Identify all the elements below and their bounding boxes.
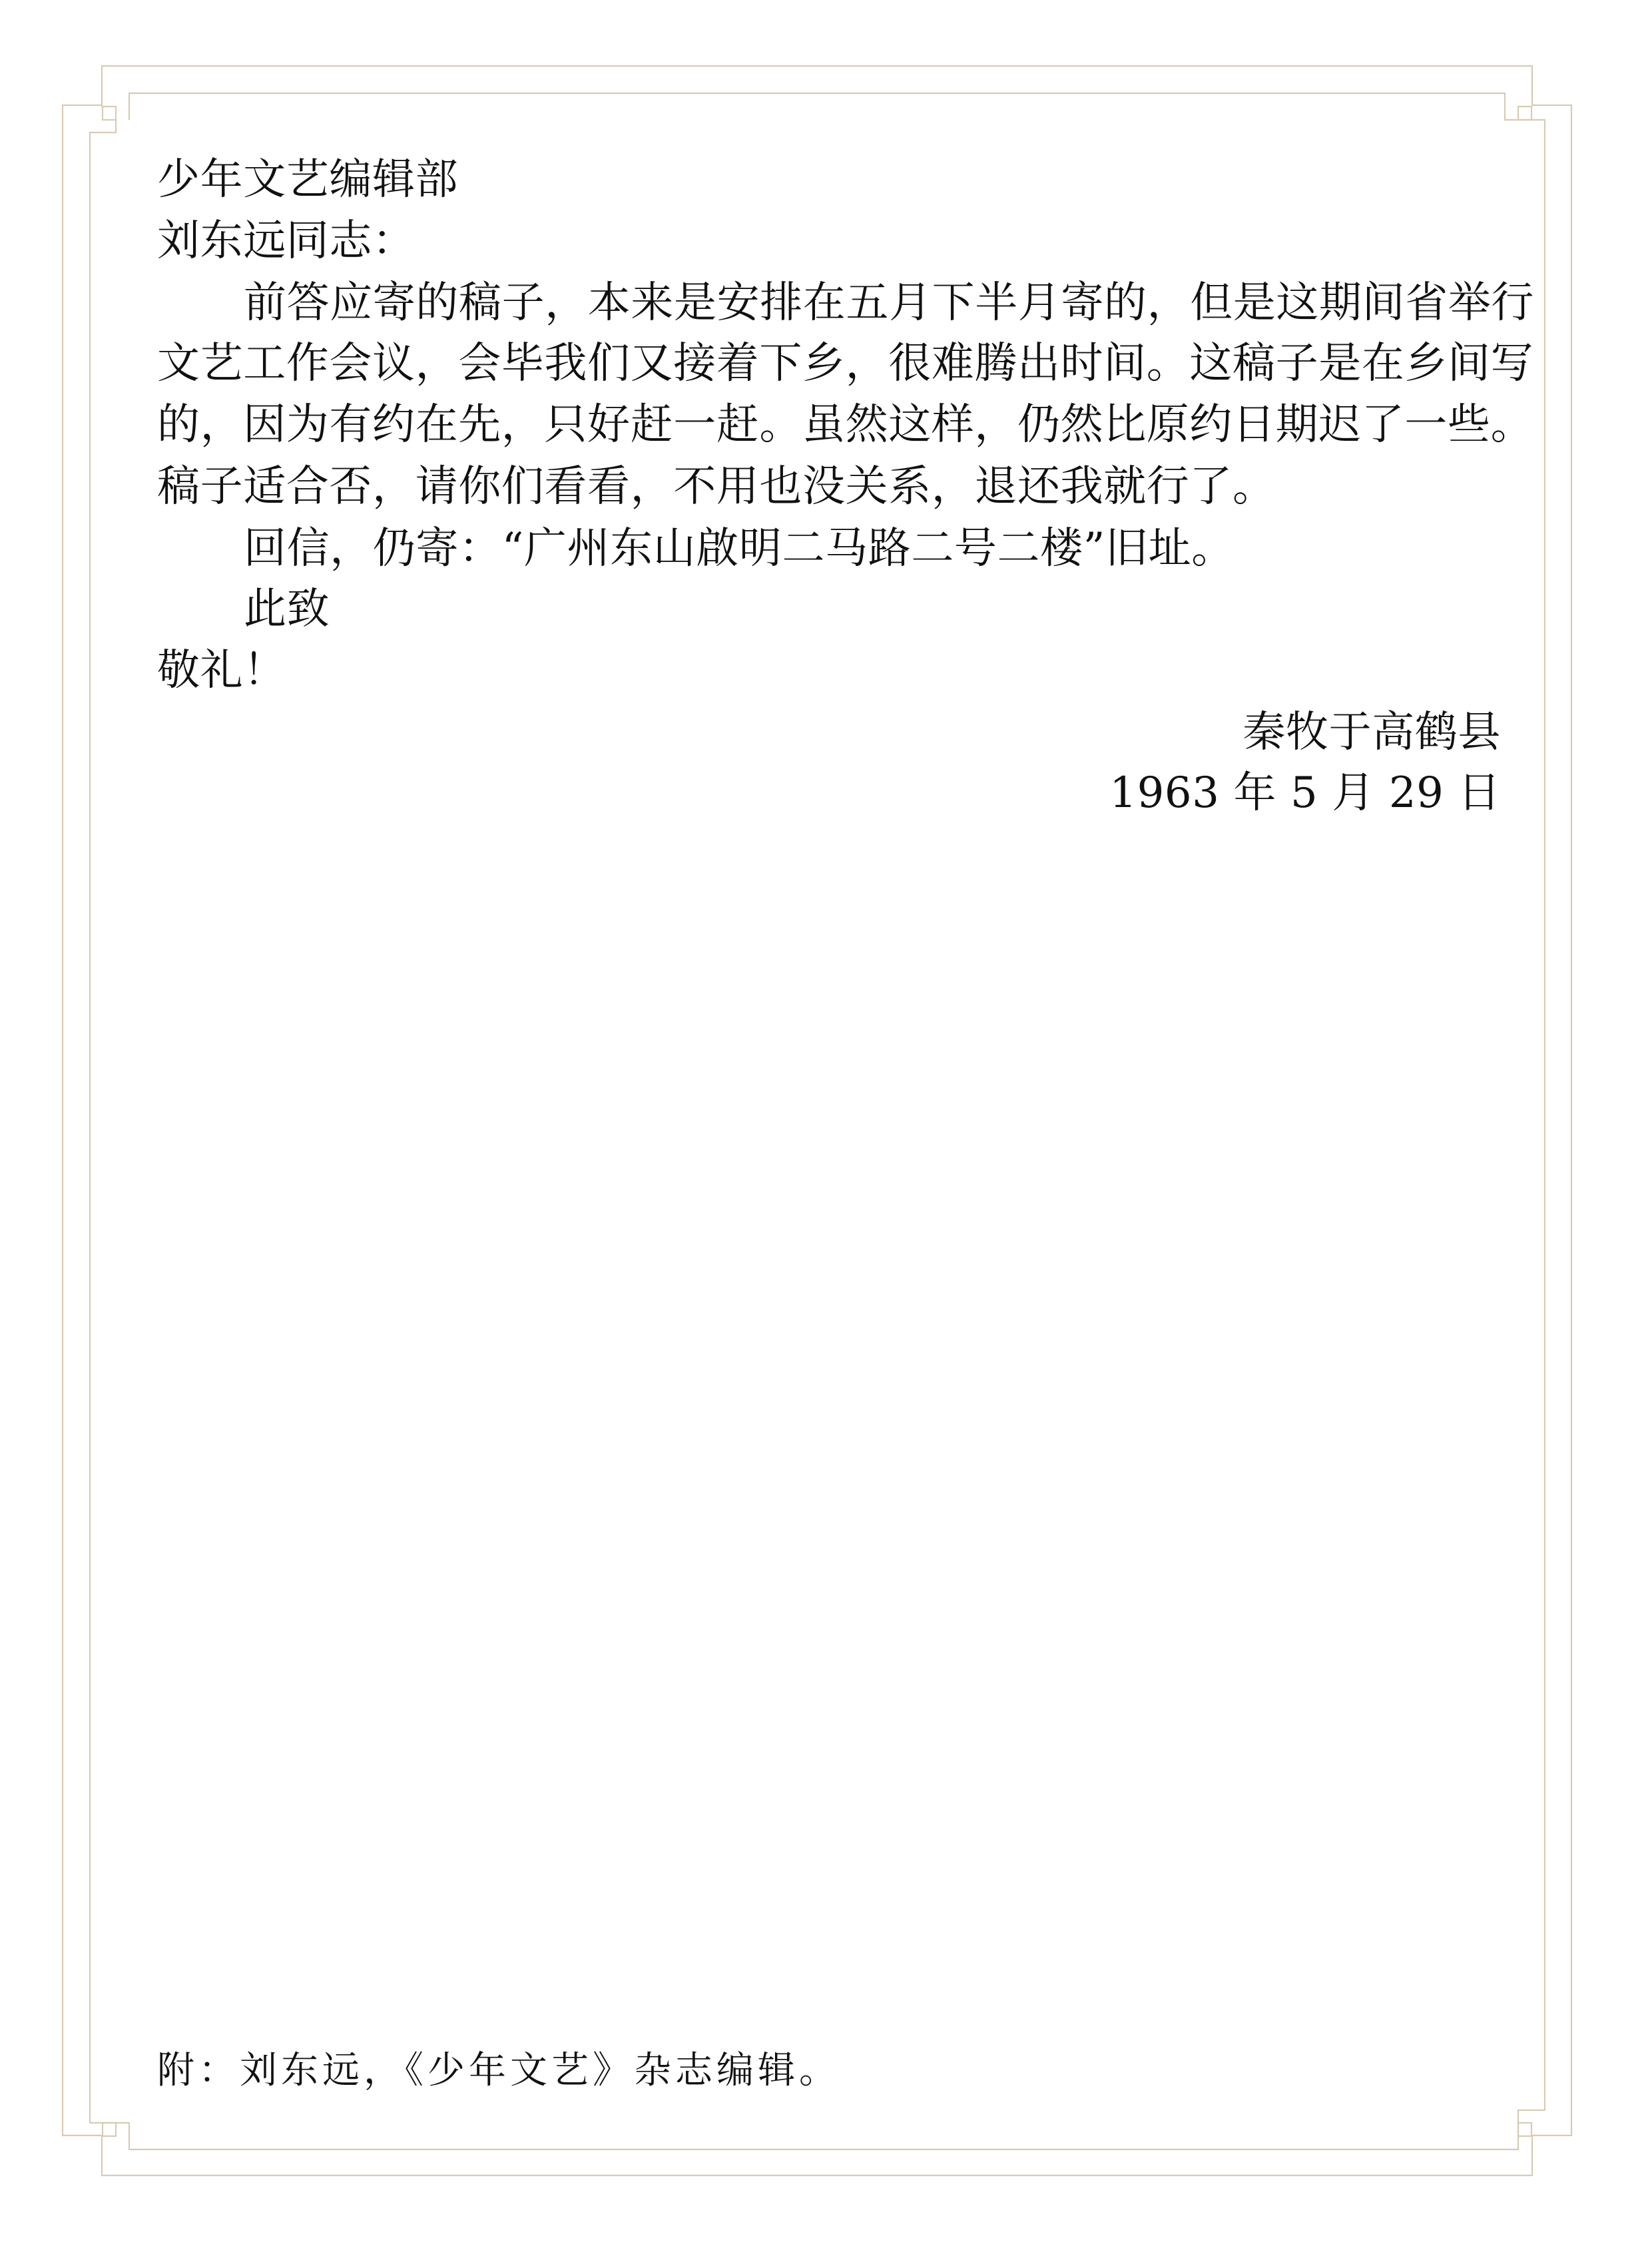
date: 1963 年 5 月 29 日: [157, 762, 1501, 824]
reply-address-line: 回信，仍寄：“广州东山啟明二马路二号二楼”旧址。: [157, 518, 1502, 579]
closing-line-2: 敬礼！: [157, 640, 1502, 701]
body-line-4: 稿子适合否，请你们看看，不用也没关系，退还我就行了。: [157, 456, 1502, 517]
footnote: 附：刘东远，《少年文艺》杂志编辑。: [157, 2043, 840, 2099]
body-line-3: 的，因为有约在先，只好赶一赶。虽然这样，仍然比原约日期迟了一些。: [157, 394, 1502, 455]
body-line-1: 前答应寄的稿子，本来是安排在五月下半月寄的，但是这期间省举行: [157, 272, 1502, 334]
signature: 秦牧于高鹤县: [157, 702, 1501, 763]
salutation: 刘东远同志：: [157, 210, 1502, 272]
recipient-org: 少年文艺编辑部: [157, 149, 1502, 210]
closing-line-1: 此致: [157, 579, 1502, 640]
body-line-2: 文艺工作会议，会毕我们又接着下乡，很难腾出时间。这稿子是在乡间写: [157, 333, 1502, 394]
